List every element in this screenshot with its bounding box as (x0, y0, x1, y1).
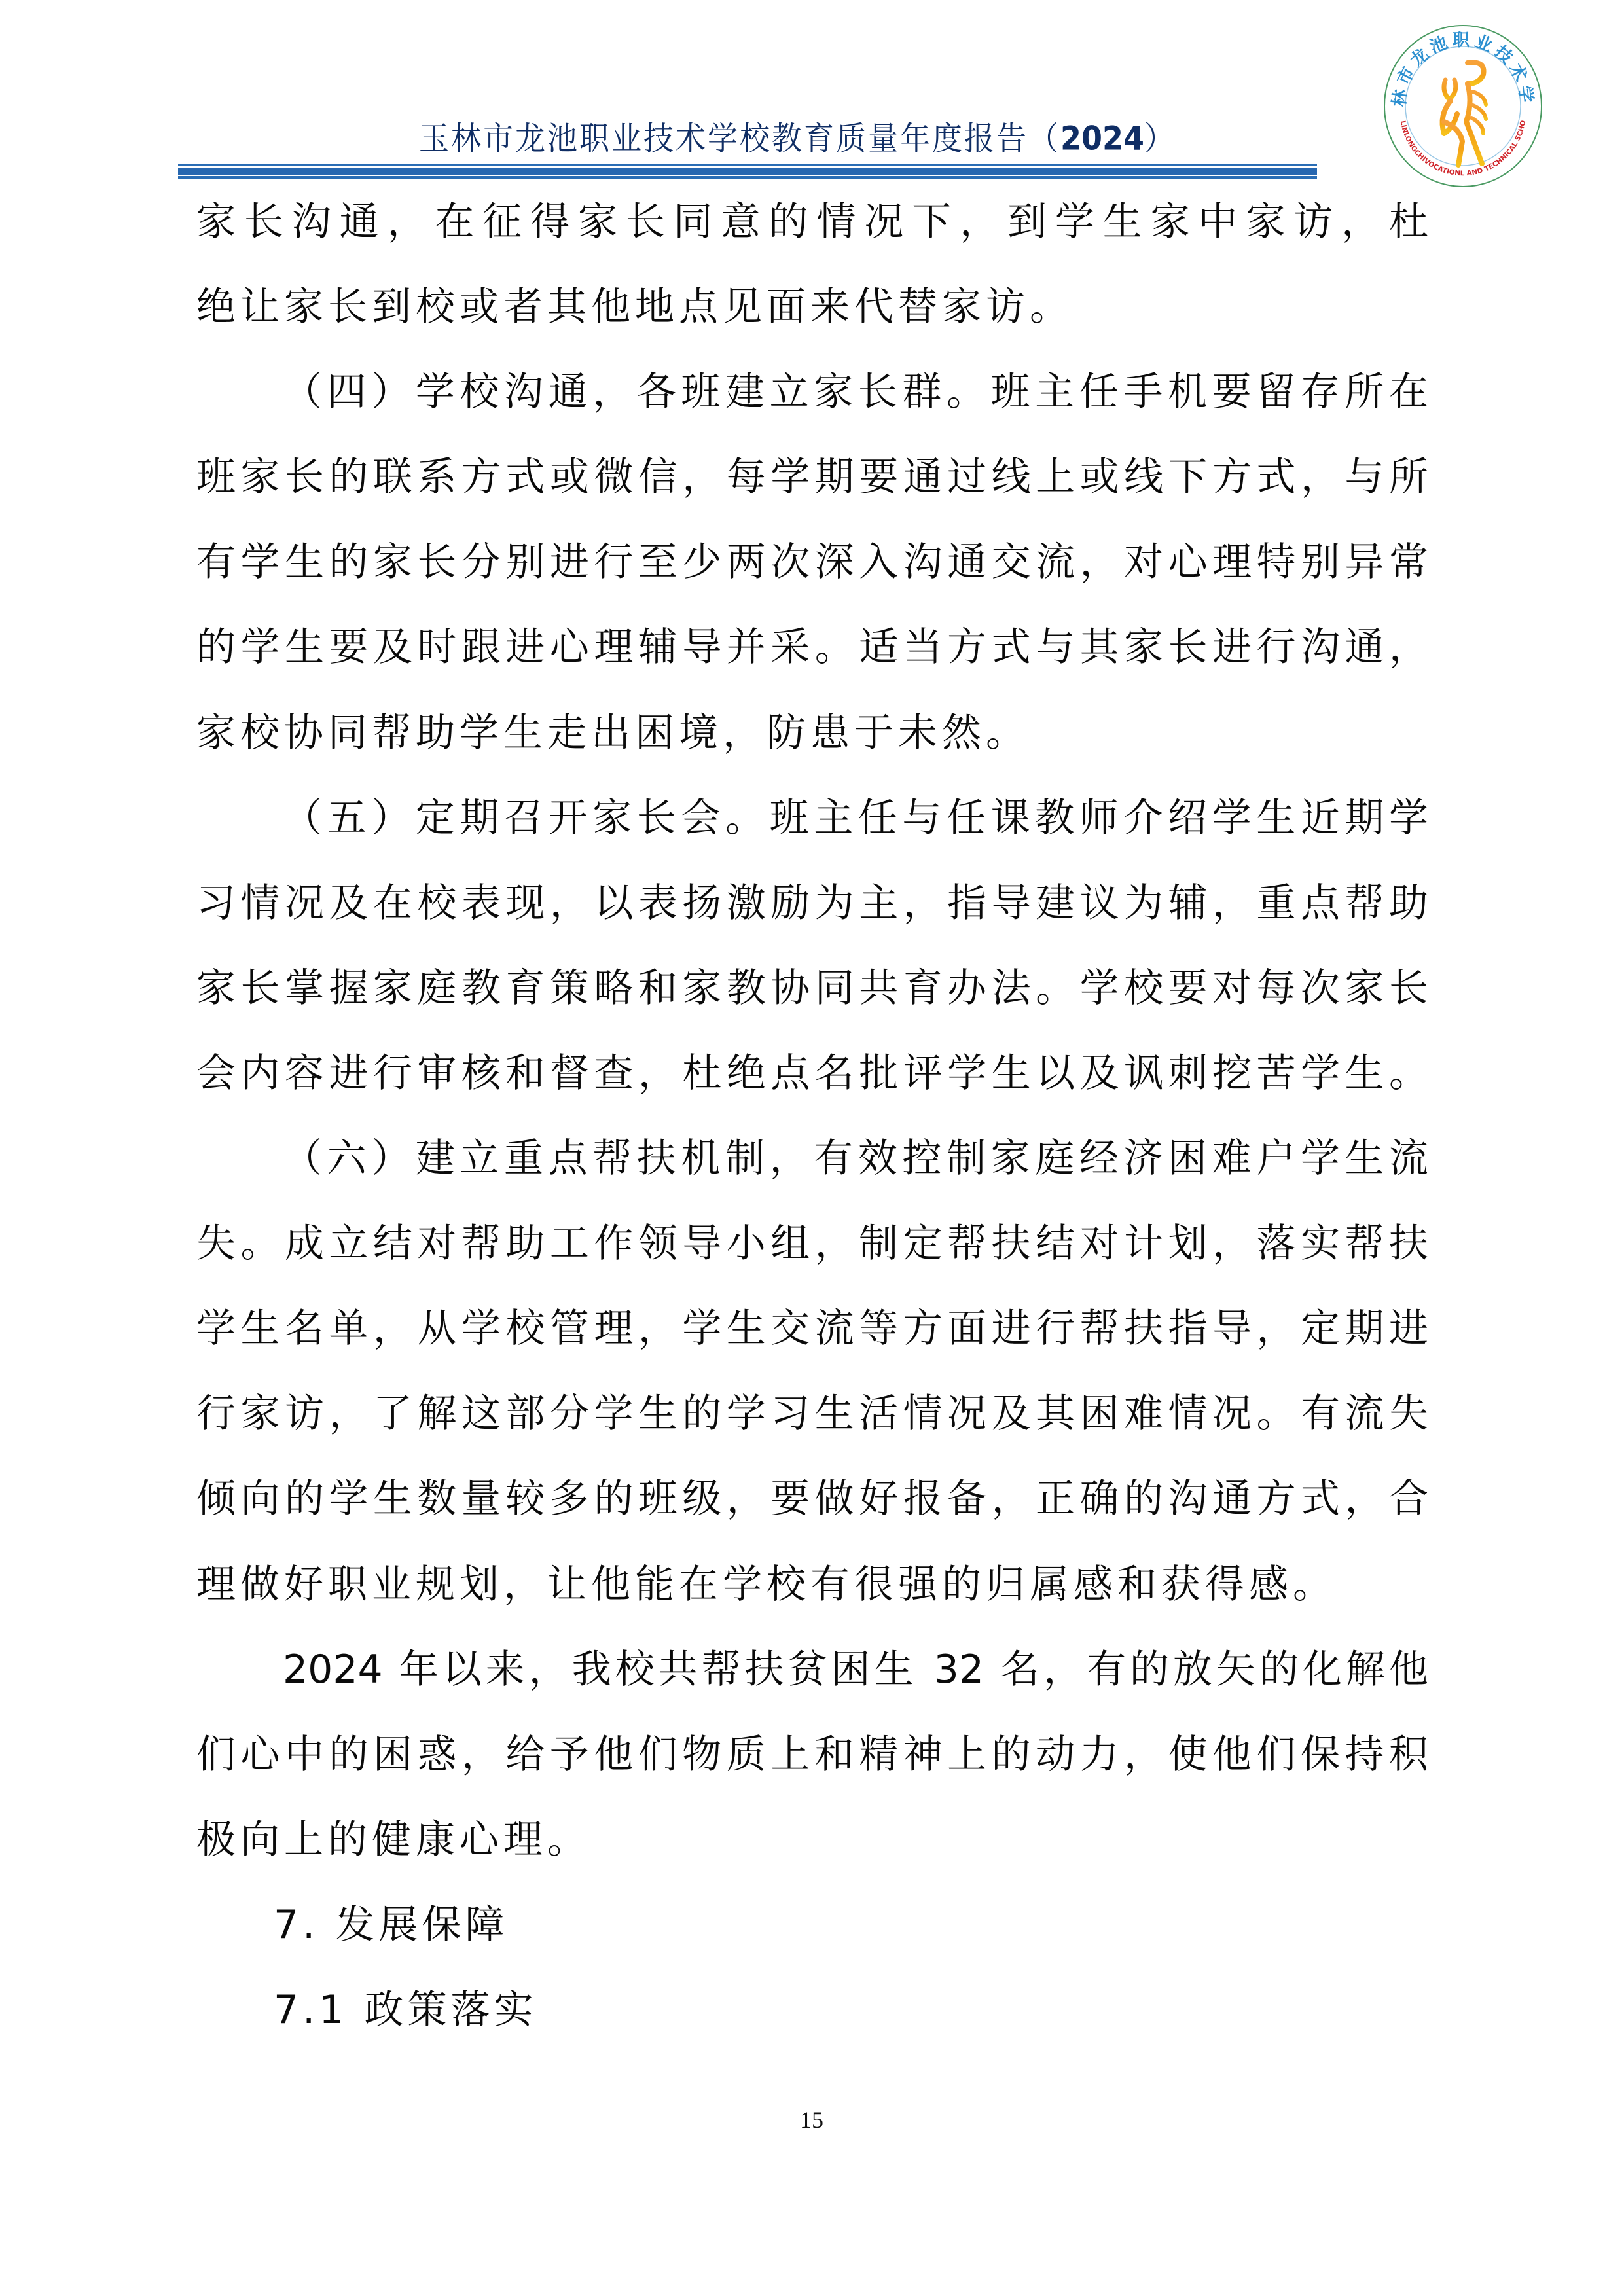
paragraph-4-first-line: （四）学校沟通，各班建立家长群。班主任手机要留存所在 (196, 350, 1428, 435)
header-rule-thick (178, 168, 1317, 175)
report-header-title: 玉林市龙池职业技术学校教育质量年度报告（2024） (419, 115, 1176, 161)
paragraph-6-first-line: （六）建立重点帮扶机制，有效控制家庭经济困难户学生流 (196, 1116, 1428, 1201)
header-rule-top (178, 164, 1317, 166)
paragraph-line: 学生名单，从学校管理，学生交流等方面进行帮扶指导，定期进 (196, 1286, 1428, 1371)
paragraph-line: 习情况及在校表现，以表扬激励为主，指导建议为辅，重点帮助 (196, 861, 1428, 946)
paragraph-line: 们心中的困惑，给予他们物质上和精神上的动力，使他们保持积 (196, 1712, 1428, 1797)
paragraph-2024-first-line: 2024 年以来，我校共帮扶贫困生 32 名，有的放矢的化解他 (196, 1627, 1428, 1712)
report-body: 家长沟通，在征得家长同意的情况下，到学生家中家访，杜 绝让家长到校或者其他地点见… (196, 179, 1428, 2053)
paragraph-line: 倾向的学生数量较多的班级，要做好报备，正确的沟通方式，合 (196, 1456, 1428, 1541)
header-title-text: 玉林市龙池职业技术学校教育质量年度报告（ (419, 119, 1060, 157)
paragraph-line: 绝让家长到校或者其他地点见面来代替家访。 (196, 264, 1428, 350)
paragraph-line: 有学生的家长分别进行至少两次深入沟通交流，对心理特别异常 (196, 520, 1428, 605)
paragraph-line: 行家访，了解这部分学生的学习生活情况及其困难情况。有流失 (196, 1371, 1428, 1456)
page-number: 15 (785, 2106, 838, 2134)
paragraph-line: 失。成立结对帮助工作领导小组，制定帮扶结对计划，落实帮扶 (196, 1201, 1428, 1286)
paragraph-line: 家校协同帮助学生走出困境，防患于未然。 (196, 691, 1428, 776)
school-logo: 玉林市龙池职业技术学校 YULINLONGCHIVOCATIONL AND TE… (1381, 24, 1545, 188)
paragraph-line: 家长沟通，在征得家长同意的情况下，到学生家中家访，杜 (196, 179, 1428, 264)
paragraph-line: 理做好职业规划，让他能在学校有很强的归属感和获得感。 (196, 1542, 1428, 1627)
paragraph-line: 极向上的健康心理。 (196, 1797, 1428, 1882)
paragraph-line: 的学生要及时跟进心理辅导并采。适当方式与其家长进行沟通， (196, 605, 1428, 690)
section-heading-7: 7. 发展保障 (196, 1882, 1428, 1967)
header-title-close: ） (1144, 119, 1176, 157)
header-title-year: 2024 (1060, 119, 1144, 157)
paragraph-line: 家长掌握家庭教育策略和家教协同共育办法。学校要对每次家长 (196, 946, 1428, 1031)
paragraph-line: 会内容进行审核和督查，杜绝点名批评学生以及讽刺挖苦学生。 (196, 1031, 1428, 1116)
header-rule-bottom (178, 176, 1317, 179)
paragraph-line: 班家长的联系方式或微信，每学期要通过线上或线下方式，与所 (196, 435, 1428, 520)
section-heading-7-1: 7.1 政策落实 (196, 1967, 1428, 2053)
paragraph-5-first-line: （五）定期召开家长会。班主任与任课教师介绍学生近期学 (196, 776, 1428, 861)
